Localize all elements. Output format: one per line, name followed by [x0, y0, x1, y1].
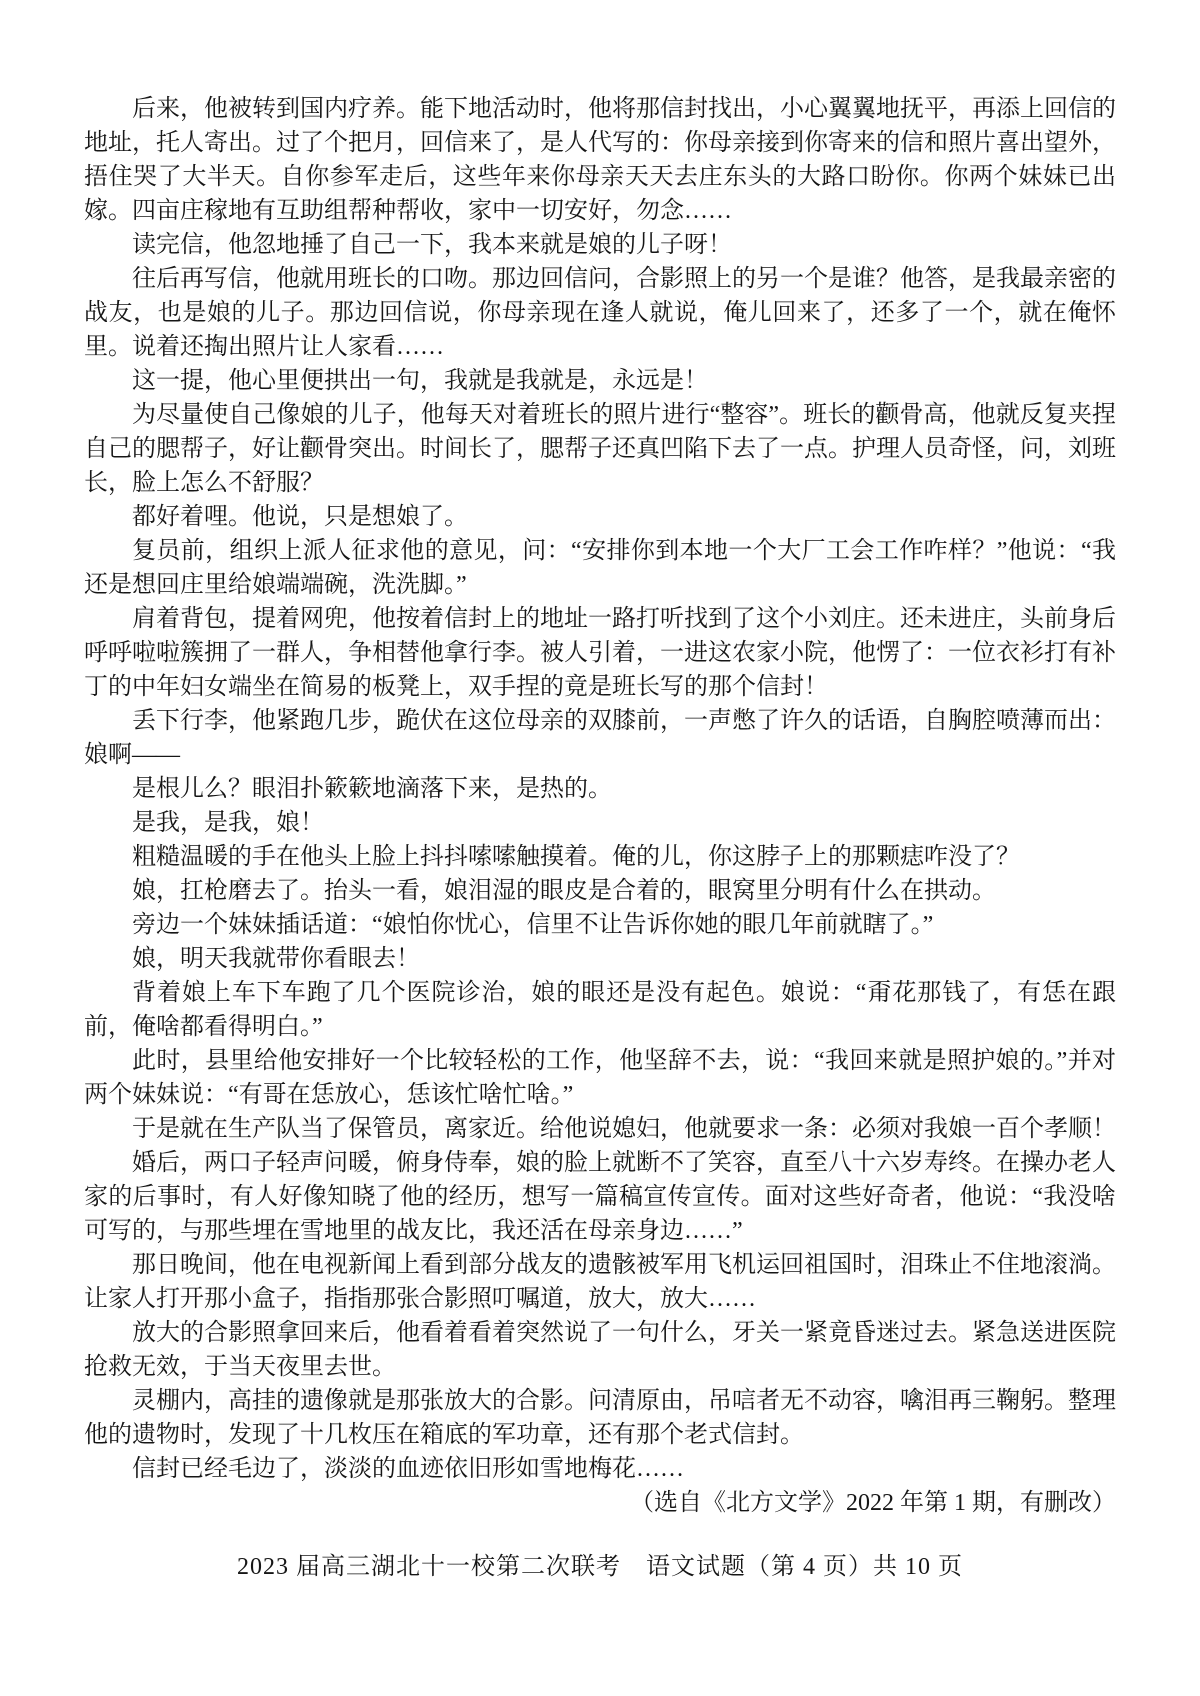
passage-paragraph: 读完信，他忽地捶了自己一下，我本来就是娘的儿子呀！	[84, 228, 1116, 262]
passage-paragraph: 往后再写信，他就用班长的口吻。那边回信问，合影照上的另一个是谁？他答，是我最亲密…	[84, 262, 1116, 364]
passage-paragraph: 都好着哩。他说，只是想娘了。	[84, 500, 1116, 534]
page-footer: 2023 届高三湖北十一校第二次联考 语文试题（第 4 页）共 10 页	[84, 1550, 1116, 1584]
source-citation: （选自《北方文学》2022 年第 1 期，有删改）	[84, 1486, 1116, 1520]
passage-paragraph: 娘，明天我就带你看眼去！	[84, 942, 1116, 976]
passage-paragraph: 是我，是我，娘！	[84, 806, 1116, 840]
passage-paragraph: 放大的合影照拿回来后，他看着看着突然说了一句什么，牙关一紧竟昏迷过去。紧急送进医…	[84, 1316, 1116, 1384]
passage-paragraph: 粗糙温暖的手在他头上脸上抖抖嗦嗦触摸着。俺的儿，你这脖子上的那颗痣咋没了？	[84, 840, 1116, 874]
exam-document-page: 后来，他被转到国内疗养。能下地活动时，他将那信封找出，小心翼翼地抚平，再添上回信…	[0, 0, 1200, 1696]
passage-paragraph: 背着娘上车下车跑了几个医院诊治，娘的眼还是没有起色。娘说：“甭花那钱了，有恁在跟…	[84, 976, 1116, 1044]
passage-paragraph: 肩着背包，提着网兜，他按着信封上的地址一路打听找到了这个小刘庄。还未进庄，头前身…	[84, 602, 1116, 704]
passage-paragraph: 那日晚间，他在电视新闻上看到部分战友的遗骸被军用飞机运回祖国时，泪珠止不住地滚淌…	[84, 1248, 1116, 1316]
passage-paragraph: 是根儿么？眼泪扑簌簌地滴落下来，是热的。	[84, 772, 1116, 806]
passage-paragraph: 旁边一个妹妹插话道：“娘怕你忧心，信里不让告诉你她的眼几年前就瞎了。”	[84, 908, 1116, 942]
passage-paragraph: 于是就在生产队当了保管员，离家近。给他说媳妇，他就要求一条：必须对我娘一百个孝顺…	[84, 1112, 1116, 1146]
passage-paragraph: 这一提，他心里便拱出一句，我就是我就是，永远是！	[84, 364, 1116, 398]
passage-paragraph: 复员前，组织上派人征求他的意见，问：“安排你到本地一个大厂工会工作咋样？”他说：…	[84, 534, 1116, 602]
passage-paragraph: 娘，扛枪磨去了。抬头一看，娘泪湿的眼皮是合着的，眼窝里分明有什么在拱动。	[84, 874, 1116, 908]
passage-paragraph: 此时，县里给他安排好一个比较轻松的工作，他坚辞不去，说：“我回来就是照护娘的。”…	[84, 1044, 1116, 1112]
passage-body: 后来，他被转到国内疗养。能下地活动时，他将那信封找出，小心翼翼地抚平，再添上回信…	[84, 92, 1116, 1486]
passage-paragraph: 后来，他被转到国内疗养。能下地活动时，他将那信封找出，小心翼翼地抚平，再添上回信…	[84, 92, 1116, 228]
passage-paragraph: 为尽量使自己像娘的儿子，他每天对着班长的照片进行“整容”。班长的颧骨高，他就反复…	[84, 398, 1116, 500]
passage-paragraph: 丢下行李，他紧跑几步，跪伏在这位母亲的双膝前，一声憋了许久的话语，自胸腔喷薄而出…	[84, 704, 1116, 772]
passage-paragraph: 信封已经毛边了，淡淡的血迹依旧形如雪地梅花……	[84, 1452, 1116, 1486]
passage-paragraph: 婚后，两口子轻声问暖，俯身侍奉，娘的脸上就断不了笑容，直至八十六岁寿终。在操办老…	[84, 1146, 1116, 1248]
passage-paragraph: 灵棚内，高挂的遗像就是那张放大的合影。问清原由，吊唁者无不动容，噙泪再三鞠躬。整…	[84, 1384, 1116, 1452]
